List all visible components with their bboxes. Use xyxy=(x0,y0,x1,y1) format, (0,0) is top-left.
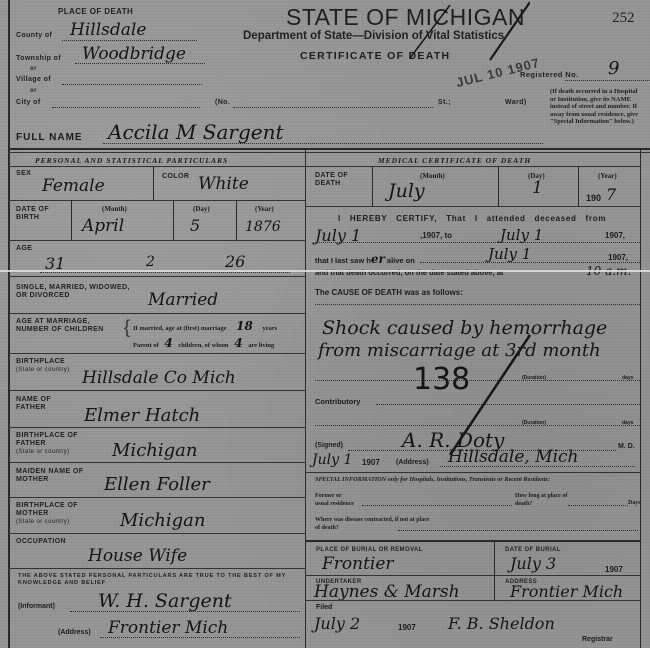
attended-line xyxy=(315,242,640,243)
dob-year-label: (Year) xyxy=(255,205,274,213)
color-value: White xyxy=(198,174,249,194)
informant-address-value: Frontier Mich xyxy=(108,618,228,638)
children-living: 4 xyxy=(234,336,242,350)
dod-year-prefix: 190 xyxy=(586,193,601,203)
divider xyxy=(8,166,305,167)
divider xyxy=(305,206,640,207)
last-saw-pronoun: er xyxy=(371,252,385,266)
divider xyxy=(71,200,72,240)
children-count: 4 xyxy=(164,336,172,350)
pen-check-mark xyxy=(330,0,530,100)
divider xyxy=(498,166,499,206)
full-name-label: FULL NAME xyxy=(16,132,83,143)
dob-year-value: 1876 xyxy=(245,219,281,235)
father-birthplace-sub: (State or country) xyxy=(16,448,70,456)
undertaker-value: Haynes & Marsh xyxy=(314,582,460,602)
city-label: City of xyxy=(16,99,41,107)
registrar-signature: F. B. Sheldon xyxy=(448,614,555,633)
divider xyxy=(8,240,305,241)
attended-from-year: ,1907, to xyxy=(420,231,452,240)
death-certificate-scan: PLACE OF DEATH County of Hillsdale Towns… xyxy=(0,0,650,648)
county-label: County of xyxy=(16,32,52,40)
divider xyxy=(305,166,640,167)
mother-birthplace-label: BIRTHPLACE OF MOTHER xyxy=(16,502,86,518)
marriage-age-value: 18 xyxy=(236,319,253,333)
divider xyxy=(8,497,305,498)
children-post: are living xyxy=(248,342,274,349)
dob-day-value: 5 xyxy=(190,216,200,235)
children-mid: children, of whom xyxy=(178,342,228,349)
informant-address-label: (Address) xyxy=(58,629,91,636)
burial-place-label: PLACE OF BURIAL OR REMOVAL xyxy=(316,546,423,554)
dod-year-label: (Year) xyxy=(598,172,617,180)
md-label: M. D. xyxy=(618,443,635,450)
last-saw-year: 1907, xyxy=(608,253,628,262)
marriage-age-line: If married, age at (first) marriage 18 y… xyxy=(133,319,277,333)
dod-day-value: 1 xyxy=(532,178,543,198)
age-days: 26 xyxy=(225,252,245,271)
how-long-label: How long at place of death? xyxy=(515,492,570,508)
divider xyxy=(305,575,640,576)
color-label: COLOR xyxy=(162,173,189,181)
divider xyxy=(372,166,373,206)
divider xyxy=(305,600,640,601)
city-line xyxy=(52,107,200,108)
father-label: NAME OF FATHER xyxy=(16,396,66,412)
fold-crease xyxy=(0,270,650,272)
special-days-label: Days xyxy=(628,500,641,506)
mother-value: Ellen Foller xyxy=(104,474,210,495)
last-saw-line: that I last saw her alive on xyxy=(315,252,415,266)
header-divider-2 xyxy=(8,152,650,153)
burial-date-value: July 3 xyxy=(510,554,556,573)
marital-label: SINGLE, MARRIED, WIDOWED, OR DIVORCED xyxy=(16,284,136,300)
center-divider xyxy=(305,150,306,648)
personal-heading: PERSONAL AND STATISTICAL PARTICULARS xyxy=(35,156,228,165)
children-line: Parent of 4 children, of whom 4 are livi… xyxy=(133,336,274,350)
filed-date: July 2 xyxy=(314,614,360,633)
dob-label: DATE OF BIRTH xyxy=(16,206,66,222)
dob-day-label: (Day) xyxy=(193,205,210,213)
dod-month-value: July xyxy=(388,180,425,202)
former-residence-label: Former or usual residence xyxy=(315,492,355,508)
sex-label: SEX xyxy=(16,170,31,178)
divider xyxy=(236,200,237,240)
place-of-death-heading: PLACE OF DEATH xyxy=(58,8,133,16)
registered-no-value: 9 xyxy=(608,58,619,79)
contributory-label: Contributory xyxy=(315,397,360,406)
divider xyxy=(8,276,305,277)
age-label: AGE xyxy=(16,245,32,253)
burial-date-label: DATE OF BURIAL xyxy=(505,546,561,554)
birthplace-value: Hillsdale Co Mich xyxy=(82,368,236,388)
street-no-label: (No. xyxy=(215,99,230,107)
registered-no-line xyxy=(565,80,650,81)
cause-label: The CAUSE OF DEATH was as follows: xyxy=(315,288,463,297)
mother-birthplace-value: Michigan xyxy=(120,510,205,531)
former-residence-line xyxy=(362,505,512,506)
brace: { xyxy=(124,317,130,338)
page-number: 252 xyxy=(612,10,635,27)
age-months: 2 xyxy=(146,254,155,270)
dob-month-value: April xyxy=(82,216,124,236)
last-saw-date: July 1 xyxy=(488,245,531,263)
attestation-text: THE ABOVE STATED PERSONAL PARTICULARS AR… xyxy=(18,573,298,587)
marital-value: Married xyxy=(148,290,218,310)
divider xyxy=(8,390,305,391)
father-birthplace-label: BIRTHPLACE OF FATHER xyxy=(16,432,86,448)
last-saw-pre: that I last saw h xyxy=(315,256,371,265)
father-birthplace-value: Michigan xyxy=(112,440,197,461)
divider xyxy=(173,200,174,240)
sign-address-value: Hillsdale, Mich xyxy=(448,447,579,467)
divider xyxy=(305,472,640,473)
divider xyxy=(8,353,305,354)
county-line xyxy=(62,40,197,41)
divider xyxy=(8,462,305,463)
left-border xyxy=(8,0,10,648)
dob-month-label: (Month) xyxy=(102,205,127,213)
mother-birthplace-sub: (State or country) xyxy=(16,518,70,526)
last-saw-mid: alive on xyxy=(387,256,415,265)
how-long-line xyxy=(568,505,628,506)
cause-line-1 xyxy=(315,304,640,305)
signed-label: (Signed) xyxy=(315,442,343,449)
sex-value: Female xyxy=(42,176,105,196)
full-name-value: Accila M Sargent xyxy=(108,120,284,144)
certify-text: I HEREBY CERTIFY, That I attended deceas… xyxy=(338,214,606,223)
undertaker-address-value: Frontier Mich xyxy=(510,582,623,601)
township-label: Township of xyxy=(16,55,61,63)
attended-to-year: 1907, xyxy=(605,231,625,240)
divider xyxy=(8,427,305,428)
filed-label: Filed xyxy=(316,604,332,611)
informant-label: (Informant) xyxy=(18,603,55,610)
divider xyxy=(494,540,495,600)
st-label: St.; xyxy=(438,99,451,107)
mother-label: MAIDEN NAME OF MOTHER xyxy=(16,468,96,484)
filed-year: 1907 xyxy=(398,623,416,632)
village-line xyxy=(62,84,202,85)
township-value: Woodbridge xyxy=(82,44,186,64)
informant-value: W. H. Sargent xyxy=(98,590,232,612)
divider xyxy=(8,200,305,201)
sign-date: July 1 xyxy=(312,452,352,468)
or-label: or xyxy=(30,88,37,95)
burial-place-value: Frontier xyxy=(322,554,394,574)
street-line xyxy=(233,107,433,108)
marriage-age-pre: If married, age at (first) marriage xyxy=(133,325,227,332)
divider xyxy=(305,540,640,542)
age-line xyxy=(40,272,290,273)
birthplace-sub: (State or country) xyxy=(16,366,70,374)
where-contracted-line xyxy=(398,530,638,531)
divider xyxy=(153,166,154,200)
dod-year-suffix: 7 xyxy=(606,185,616,204)
hospital-note: (If death occurred in a Hospital or Inst… xyxy=(550,88,645,126)
sign-address-label: (Address) xyxy=(396,459,429,466)
divider xyxy=(8,313,305,314)
marriage-age-post: years xyxy=(262,325,277,332)
occupation-label: OCCUPATION xyxy=(16,538,66,546)
divider xyxy=(578,166,579,206)
dod-label: DATE OF DEATH xyxy=(315,172,355,188)
registrar-label: Registrar xyxy=(582,636,613,643)
ward-label: Ward) xyxy=(505,99,527,107)
header-divider xyxy=(8,148,650,150)
marriage-label: AGE AT MARRIAGE, NUMBER OF CHILDREN xyxy=(16,318,121,334)
divider xyxy=(8,533,305,534)
last-saw-line-dots xyxy=(420,262,640,263)
children-pre: Parent of xyxy=(133,342,159,349)
occupation-value: House Wife xyxy=(88,546,187,566)
village-label: Village of xyxy=(16,76,51,84)
special-heading: SPECIAL INFORMATION only for Hospitals, … xyxy=(315,476,550,483)
divider xyxy=(8,568,305,569)
sign-year: 1907 xyxy=(362,458,380,467)
or-label: or xyxy=(30,66,37,73)
right-border xyxy=(640,150,641,648)
county-value: Hillsdale xyxy=(70,20,146,40)
medical-heading: MEDICAL CERTIFICATE OF DEATH xyxy=(378,156,531,165)
birthplace-label: BIRTHPLACE xyxy=(16,358,65,366)
father-value: Elmer Hatch xyxy=(84,405,200,426)
dod-month-label: (Month) xyxy=(420,172,445,180)
burial-date-year: 1907 xyxy=(605,565,623,574)
